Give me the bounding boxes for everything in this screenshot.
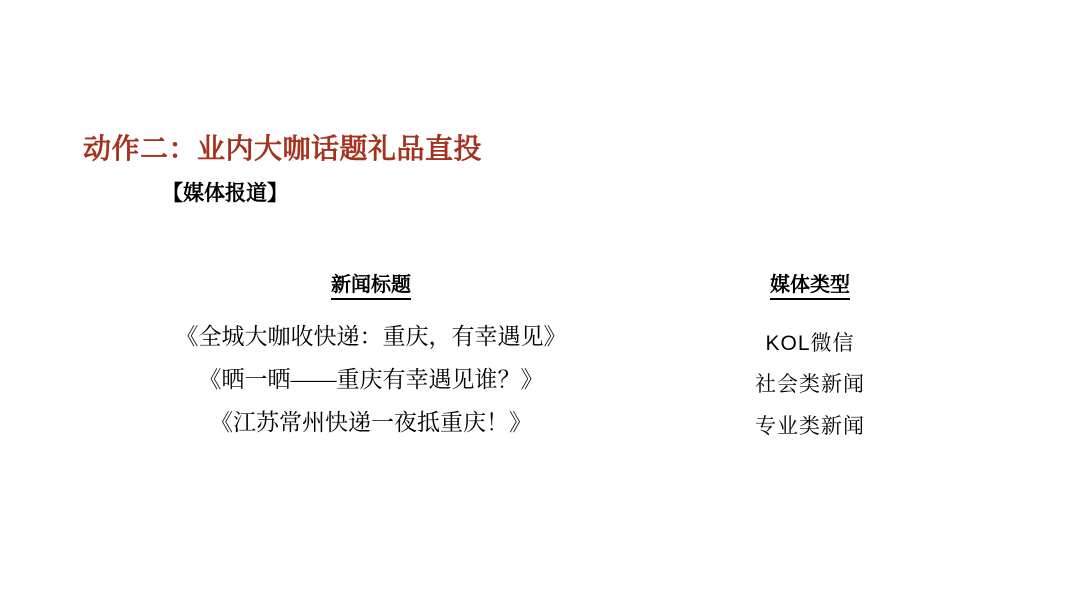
slide-subtitle: 【媒体报道】 <box>162 177 288 207</box>
news-title-row: 《晒一晒——重庆有幸遇见谁？》 <box>140 361 602 394</box>
media-type-column: 媒体类型 KOL微信 社会类新闻 专业类新闻 <box>688 268 932 300</box>
news-title-row: 《全城大咖收快递：重庆，有幸遇见》 <box>140 318 602 351</box>
media-type-row: 社会类新闻 <box>688 368 932 398</box>
slide-title: 动作二：业内大咖话题礼品直投 <box>83 127 482 167</box>
presentation-slide: 动作二：业内大咖话题礼品直投 【媒体报道】 新闻标题 《全城大咖收快递：重庆，有… <box>0 0 1080 608</box>
news-title-row: 《江苏常州快递一夜抵重庆！》 <box>140 404 602 437</box>
column-header-news-title: 新闻标题 <box>331 268 411 300</box>
media-type-row: 专业类新闻 <box>688 410 932 440</box>
column-header-media-type: 媒体类型 <box>770 268 850 300</box>
media-type-row: KOL微信 <box>688 327 932 357</box>
news-title-column: 新闻标题 《全城大咖收快递：重庆，有幸遇见》 《晒一晒——重庆有幸遇见谁？》 《… <box>140 268 602 300</box>
